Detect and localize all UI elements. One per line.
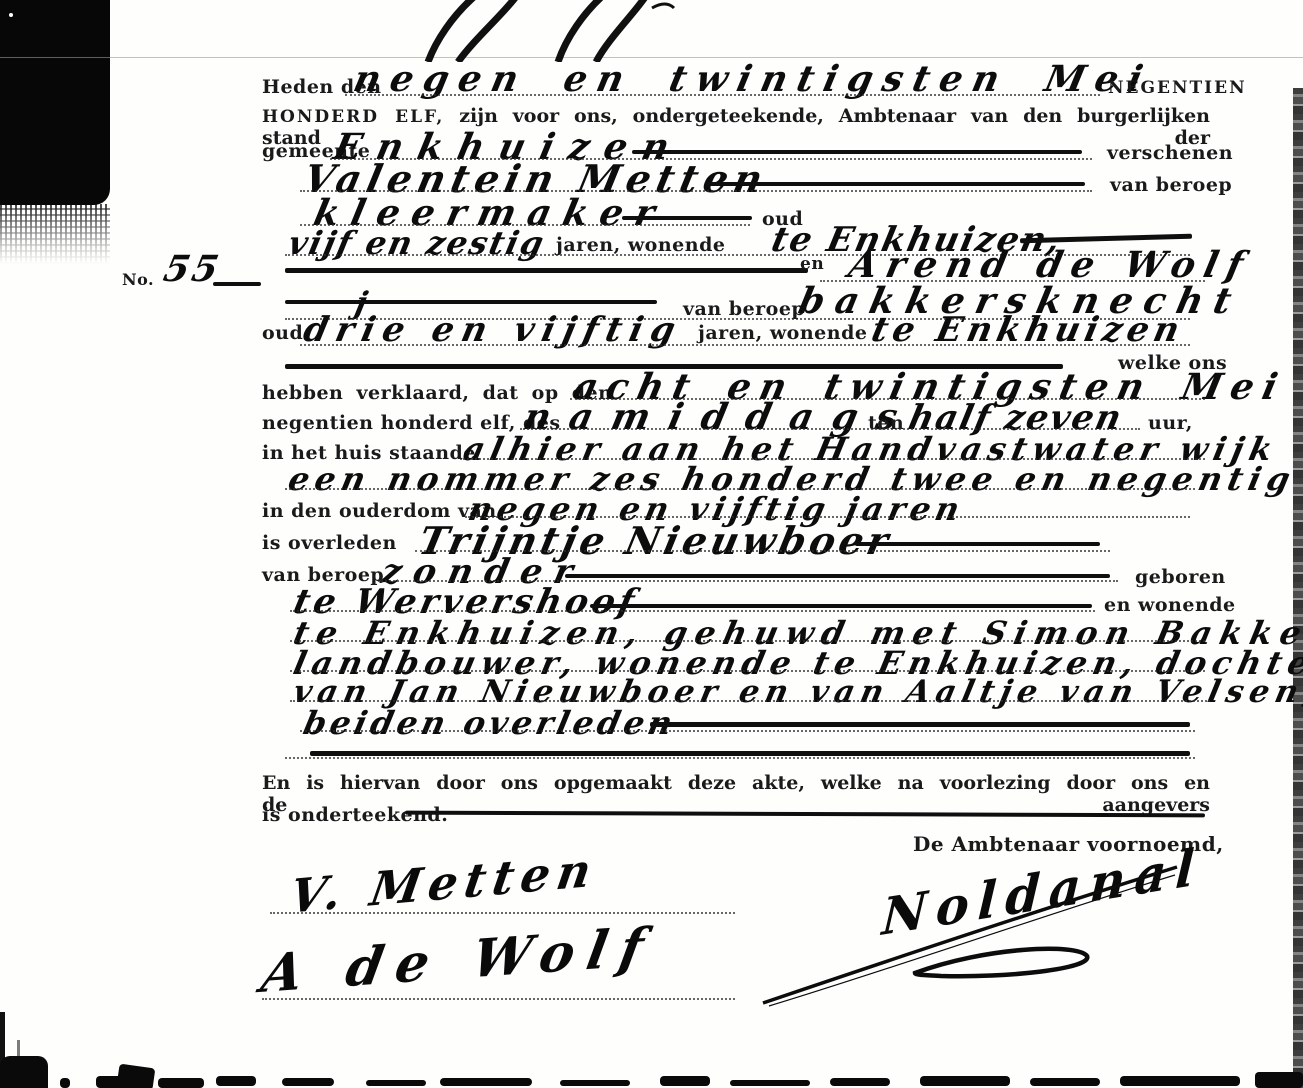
scan-artifact-white-dot (9, 13, 13, 17)
scan-artifact-bottom-blob (560, 1080, 630, 1086)
rule-line7 (285, 268, 808, 273)
rule-line23 (310, 751, 1190, 756)
margin-dash (213, 282, 261, 286)
label-honderd-elf: HONDERD ELF, (262, 107, 444, 127)
death-certificate-scan: No. 55 Heden den negen en twintigsten Me… (0, 0, 1303, 1088)
scan-artifact-bottom-blob (730, 1080, 810, 1086)
dotted-signature-1 (270, 912, 735, 914)
top-flourish-strokes (400, 0, 720, 62)
scan-artifact-bottom-blob (1030, 1078, 1100, 1086)
scan-artifact-bottom-blob (440, 1078, 532, 1086)
scan-artifact-right-edge (1293, 88, 1303, 1088)
scan-artifact-bottom-blob (117, 1064, 156, 1088)
rule-occupation1 (622, 216, 752, 220)
label-is-overleden: is overleden (262, 532, 397, 554)
hw-residence-4: beiden overleden (300, 704, 680, 742)
dotted-line-18 (290, 610, 1095, 612)
hw-declarant1-age: vijf en zestig (285, 224, 549, 262)
label-jaren-wonende-1: jaren, wonende (556, 234, 725, 256)
label-geboren: geboren (1135, 566, 1226, 588)
dotted-line-20 (290, 670, 1205, 672)
dotted-signature-2 (262, 998, 735, 1000)
scan-artifact-bottom-blob (660, 1076, 710, 1086)
rule-gemeente (632, 150, 1082, 154)
label-verschenen: verschenen (1107, 142, 1233, 164)
scan-artifact-bottom-blob (366, 1080, 426, 1086)
scan-artifact-bottom-blob (1255, 1072, 1303, 1088)
rule-line22 (650, 722, 1190, 727)
dotted-line-19 (290, 640, 1205, 642)
scan-artifact-bottom-blob (282, 1078, 334, 1086)
rule-line16 (855, 542, 1100, 546)
scan-artifact-bottom-blob (60, 1078, 70, 1088)
closing-line-2: is onderteekend. (262, 804, 448, 826)
label-van-beroep-1: van beroep (1110, 174, 1232, 196)
scan-artifact-bottom-blob (158, 1078, 204, 1088)
label-jaren-wonende-2: jaren, wonende (698, 322, 867, 344)
rule-line17 (565, 574, 1110, 578)
label-en: en (800, 254, 824, 274)
scan-artifact-bottom-blob (920, 1076, 1010, 1086)
scan-artifact-bottom-blob (0, 1056, 48, 1088)
dotted-line-1 (345, 94, 1100, 96)
signature-ambtenaar-flourish (755, 845, 1185, 1010)
rule-declarant1 (705, 182, 1085, 186)
label-en-wonende: en wonende (1104, 594, 1236, 616)
rule-line18 (590, 604, 1092, 608)
dotted-line-22 (300, 730, 1195, 732)
scan-artifact-bottom-blob (830, 1078, 890, 1086)
signature-declarant2: A de Wolf (257, 916, 661, 1005)
scan-artifact-bottom-blob (1120, 1076, 1240, 1086)
scan-artifact-bottom-blob (216, 1076, 256, 1086)
margin-no-label: No. (122, 270, 154, 289)
label-negentien: NEGENTIEN (1108, 78, 1247, 98)
rule-line8 (285, 300, 657, 304)
dotted-line-21 (290, 700, 1210, 702)
scan-artifact-black-corner (0, 0, 110, 205)
scan-artifact-noise-under-corner (0, 204, 110, 264)
label-oud-2: oud (262, 322, 303, 344)
dotted-line-23 (285, 757, 1195, 759)
dotted-line-9 (300, 344, 1190, 346)
label-van-beroep-2: van beroep (683, 298, 805, 320)
